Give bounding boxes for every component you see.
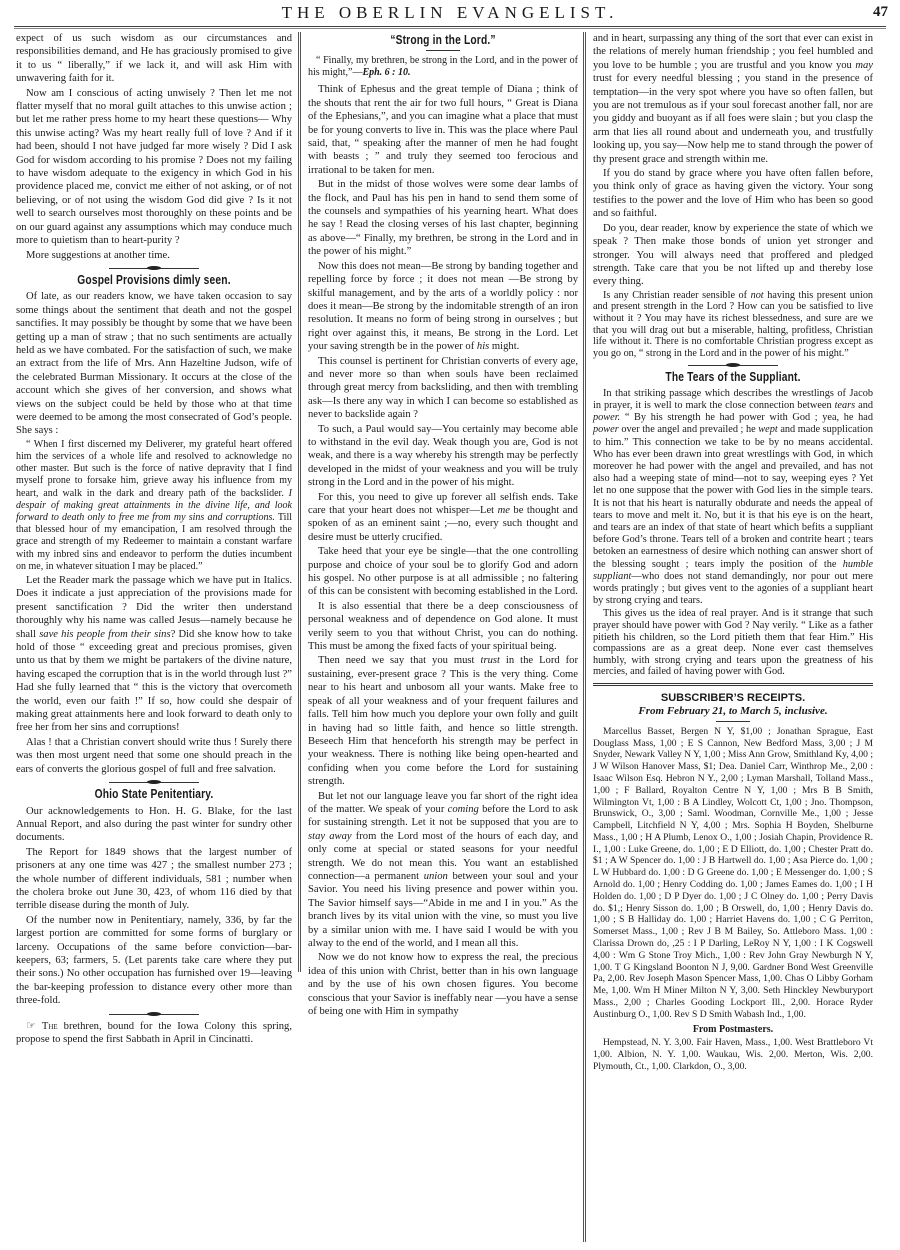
- column-1: expect of us such wisdom as our circumst…: [16, 32, 292, 1047]
- short-rule: [716, 721, 750, 722]
- epigraph: “ Finally, my brethren, be strong in the…: [308, 55, 578, 79]
- receipts-list: Marcellus Basset, Bergen N Y, $1,00 ; Jo…: [593, 726, 873, 1021]
- column-3: and in heart, surpassing any thing of th…: [593, 32, 873, 1073]
- receipts-heading: SUBSCRIBER’S RECEIPTS.: [593, 692, 873, 705]
- article-heading: Ohio State Penitentiary.: [41, 788, 267, 801]
- pointing-hand-icon: ☞: [26, 1020, 36, 1032]
- article-paragraph: Take heed that your eye be single—that t…: [308, 545, 578, 599]
- newspaper-title: THE OBERLIN EVANGELIST.: [0, 3, 900, 23]
- article-paragraph: But let not our language leave you far s…: [308, 790, 578, 951]
- article-tears-of-the-suppliant: The Tears of the Suppliant. In that stri…: [593, 371, 873, 678]
- short-rule: [426, 50, 460, 51]
- masthead: THE OBERLIN EVANGELIST. 47: [0, 0, 900, 24]
- article-paragraph: To such, a Paul would say—You certainly …: [308, 423, 578, 490]
- article-heading: The Tears of the Suppliant.: [618, 371, 848, 384]
- article-paragraph: The Report for 1849 shows that the large…: [16, 846, 292, 913]
- section-separator: [109, 782, 199, 783]
- section-separator: [109, 1014, 199, 1015]
- block-quote: “ When I first discerned my Deliverer, m…: [16, 439, 292, 573]
- continued-paragraph: Now am I conscious of acting unwisely ? …: [16, 87, 292, 248]
- receipts-date-range: From February 21, to March 5, inclusive.: [593, 705, 873, 718]
- article-paragraph: Now we do not know how to express the re…: [308, 951, 578, 1018]
- notice-iowa-colony: ☞ The brethren, bound for the Iowa Colon…: [16, 1020, 292, 1047]
- continued-paragraph: More suggestions at another time.: [16, 249, 292, 262]
- article-paragraph: It is also essential that there be a dee…: [308, 600, 578, 654]
- article-paragraph: Then need we say that you must trust in …: [308, 654, 578, 788]
- continued-paragraph: If you do stand by grace where you have …: [593, 167, 873, 221]
- section-separator: [688, 365, 778, 366]
- article-gospel-provisions: Gospel Provisions dimly seen. Of late, a…: [16, 274, 292, 776]
- article-strong-in-the-lord: “Strong in the Lord.” “ Finally, my bret…: [308, 34, 578, 1018]
- article-paragraph: This counsel is pertinent for Christian …: [308, 355, 578, 422]
- continued-paragraph: Do you, dear reader, know by experience …: [593, 222, 873, 289]
- continued-paragraph: Is any Christian reader sensible of not …: [593, 290, 873, 360]
- article-paragraph: For this, you need to give up forever al…: [308, 491, 578, 545]
- article-paragraph: Now this does not mean—Be strong by band…: [308, 260, 578, 354]
- postmasters-list: Hempstead, N. Y. 3,00. Fair Haven, Mass.…: [593, 1037, 873, 1072]
- column-divider-1: [298, 32, 301, 972]
- article-paragraph: Alas ! that a Christian convert should w…: [16, 736, 292, 776]
- column-2: “Strong in the Lord.” “ Finally, my bret…: [308, 32, 578, 1019]
- article-paragraph: Of the number now in Penitentiary, namel…: [16, 914, 292, 1008]
- section-separator: [109, 268, 199, 269]
- article-paragraph: Let the Reader mark the passage which we…: [16, 574, 292, 735]
- article-ohio-penitentiary: Ohio State Penitentiary. Our acknowledge…: [16, 788, 292, 1008]
- scripture-reference: Eph. 6 : 10.: [362, 67, 410, 78]
- column-divider-2: [583, 32, 586, 1242]
- article-paragraph: But in the midst of those wolves were so…: [308, 178, 578, 258]
- article-heading: “Strong in the Lord.”: [332, 34, 553, 47]
- subscriber-receipts: SUBSCRIBER’S RECEIPTS. From February 21,…: [593, 692, 873, 1073]
- article-paragraph: This gives us the idea of real prayer. A…: [593, 608, 873, 678]
- header-rule: [14, 26, 886, 29]
- page-number: 47: [873, 4, 888, 21]
- postmasters-heading: From Postmasters.: [593, 1023, 873, 1036]
- heavy-rule: [593, 683, 873, 686]
- article-heading: Gospel Provisions dimly seen.: [41, 274, 267, 287]
- article-paragraph: Our acknowledgements to Hon. H. G. Blake…: [16, 805, 292, 845]
- article-paragraph: Of late, as our readers know, we have ta…: [16, 290, 292, 437]
- article-paragraph: Think of Ephesus and the great temple of…: [308, 83, 578, 177]
- continued-paragraph: and in heart, surpassing any thing of th…: [593, 32, 873, 166]
- article-paragraph: In that striking passage which describes…: [593, 388, 873, 608]
- continued-paragraph: expect of us such wisdom as our circumst…: [16, 32, 292, 86]
